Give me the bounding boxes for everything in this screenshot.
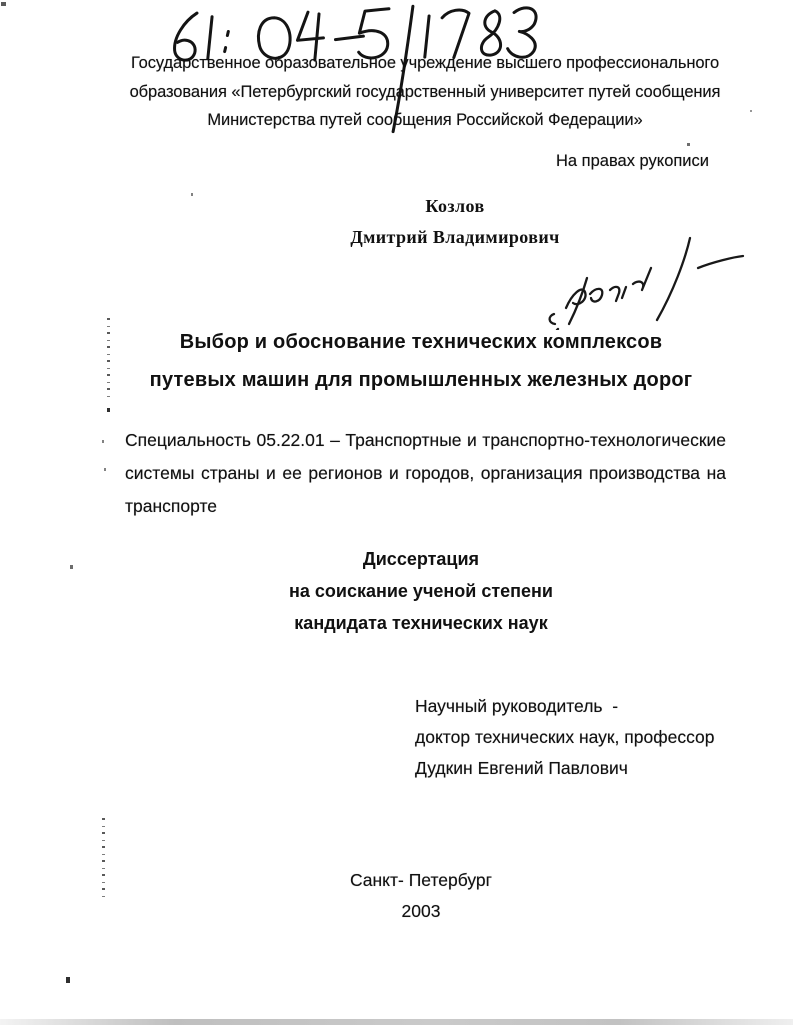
- title-line-1: Выбор и обоснование технических комплекс…: [60, 323, 782, 361]
- scan-artifact: [66, 977, 70, 983]
- institution-header: Государственное образовательное учрежден…: [60, 49, 790, 135]
- scan-artifact: [70, 565, 73, 569]
- signature: [538, 230, 748, 330]
- advisor-line-3: Дудкин Евгений Павлович: [415, 753, 715, 784]
- dissertation-title-page: Государственное образовательное учрежден…: [0, 0, 793, 1025]
- thesis-line-3: кандидата технических наук: [60, 607, 782, 639]
- scan-artifact: [687, 143, 690, 146]
- scan-artifact: [191, 193, 193, 196]
- advisor-line-1: Научный руководитель -: [415, 691, 715, 722]
- dissertation-title: Выбор и обоснование технических комплекс…: [60, 323, 782, 399]
- title-line-2: путевых машин для промышленных железных …: [60, 361, 782, 399]
- scan-artifact: [107, 318, 110, 398]
- advisor-line-2: доктор технических наук, профессор: [415, 722, 715, 753]
- year: 2003: [60, 896, 782, 927]
- thesis-degree-block: Диссертация на соискание ученой степени …: [60, 543, 782, 639]
- scan-artifact: [102, 440, 104, 443]
- scan-edge-shadow: [0, 1019, 793, 1025]
- city: Санкт- Петербург: [60, 865, 782, 896]
- scan-artifact: [1, 2, 6, 6]
- institution-line-2: образования «Петербургский государственн…: [60, 78, 790, 107]
- author-surname: Козлов: [180, 191, 730, 222]
- manuscript-note: На правах рукописи: [556, 152, 709, 171]
- scan-artifact: [750, 110, 752, 112]
- specialty-paragraph: Специальность 05.22.01 – Транспортные и …: [125, 424, 726, 523]
- scan-artifact: [102, 818, 105, 900]
- institution-line-1: Государственное образовательное учрежден…: [60, 49, 790, 78]
- advisor-block: Научный руководитель - доктор технически…: [415, 691, 715, 784]
- thesis-line-1: Диссертация: [60, 543, 782, 575]
- city-year-block: Санкт- Петербург 2003: [60, 865, 782, 927]
- institution-line-3: Министерства путей сообщения Российской …: [60, 106, 790, 135]
- scan-artifact: [104, 468, 106, 471]
- thesis-line-2: на соискание ученой степени: [60, 575, 782, 607]
- scan-artifact: [107, 408, 110, 412]
